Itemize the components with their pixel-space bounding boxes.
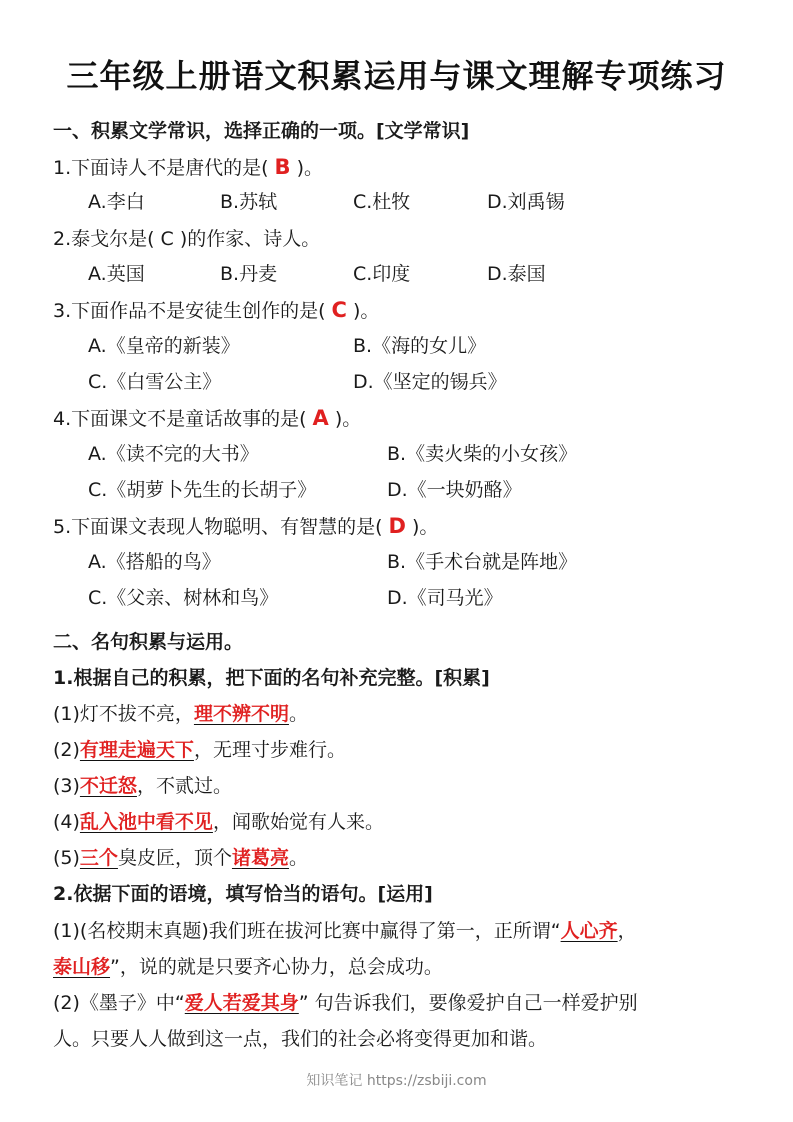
fill-item-3: (3)不迁怒，不贰过。 bbox=[53, 773, 232, 799]
fill-item-1: (1)灯不拔不亮，理不辨不明。 bbox=[53, 701, 308, 727]
question-1: 1.下面诗人不是唐代的是(B)。 bbox=[53, 154, 323, 181]
fill-item-4: (4)乱入池中看不见，闻歌始觉有人来。 bbox=[53, 809, 384, 835]
part2-heading: 2.依据下面的语境，填写恰当的语句。[运用] bbox=[53, 881, 433, 907]
part1-heading: 1.根据自己的积累，把下面的名句补充完整。[积累] bbox=[53, 665, 490, 691]
fill-answer: 乱入池中看不见 bbox=[80, 811, 213, 833]
context-item-1-line1: (1)(名校期末真题)我们班在拔河比赛中赢得了第一，正所谓“人心齐， bbox=[53, 918, 637, 944]
item-number: (2) bbox=[53, 739, 80, 761]
item-text: ”，说的就是只要齐心协力，总会成功。 bbox=[110, 956, 443, 978]
option-a: A.《读不完的大书》 bbox=[88, 441, 259, 467]
option-d: D.《一块奶酪》 bbox=[387, 477, 522, 503]
fill-answer: 爱人若爱其身 bbox=[185, 992, 299, 1014]
question-5: 5.下面课文表现人物聪明、有智慧的是(D)。 bbox=[53, 513, 438, 540]
question-text: 4.下面课文不是童话故事的是( bbox=[53, 408, 307, 430]
question-4: 4.下面课文不是童话故事的是(A)。 bbox=[53, 405, 361, 432]
question-suffix: )。 bbox=[412, 516, 438, 538]
question-suffix: )。 bbox=[353, 300, 379, 322]
option-a: A.英国 bbox=[88, 261, 145, 287]
page-title: 三年级上册语文积累运用与课文理解专项练习 bbox=[0, 55, 793, 97]
question-suffix: )。 bbox=[297, 157, 323, 179]
answer: D bbox=[383, 514, 412, 538]
item-text: ” 句告诉我们，要像爱护自己一样爱护别 bbox=[299, 992, 638, 1014]
context-item-2-line2: 人。只要人人做到这一点，我们的社会必将变得更加和谐。 bbox=[53, 1026, 547, 1052]
question-text: 1.下面诗人不是唐代的是( bbox=[53, 157, 269, 179]
item-text: 。 bbox=[289, 703, 308, 725]
option-a: A.李白 bbox=[88, 189, 145, 215]
question-text: 3.下面作品不是安徒生创作的是( bbox=[53, 300, 326, 322]
context-item-2-line1: (2)《墨子》中“爱人若爱其身” 句告诉我们，要像爱护自己一样爱护别 bbox=[53, 990, 638, 1016]
question-suffix: )的作家、诗人。 bbox=[180, 228, 320, 250]
item-text: 臭皮匠，顶个 bbox=[118, 847, 232, 869]
option-d: D.《司马光》 bbox=[387, 585, 503, 611]
fill-item-5: (5)三个臭皮匠，顶个诸葛亮。 bbox=[53, 845, 308, 871]
item-text: ，不贰过。 bbox=[137, 775, 232, 797]
question-2: 2.泰戈尔是(C)的作家、诗人。 bbox=[53, 226, 320, 252]
item-text: 。 bbox=[289, 847, 308, 869]
fill-answer: 理不辨不明 bbox=[194, 703, 289, 725]
question-text: 5.下面课文表现人物聪明、有智慧的是( bbox=[53, 516, 383, 538]
question-suffix: )。 bbox=[335, 408, 361, 430]
item-number: (4) bbox=[53, 811, 80, 833]
fill-answer: 不迁怒 bbox=[80, 775, 137, 797]
question-3: 3.下面作品不是安徒生创作的是(C)。 bbox=[53, 297, 379, 324]
option-a: A.《皇帝的新装》 bbox=[88, 333, 240, 359]
item-number: (5) bbox=[53, 847, 80, 869]
option-b: B.《卖火柴的小女孩》 bbox=[387, 441, 577, 467]
item-number: (3) bbox=[53, 775, 80, 797]
footer-watermark: 知识笔记 https://zsbiji.com bbox=[0, 1070, 793, 1090]
answer: B bbox=[269, 155, 297, 179]
fill-answer: 有理走遍天下 bbox=[80, 739, 194, 761]
item-number: (1) bbox=[53, 703, 80, 725]
option-c: C.杜牧 bbox=[353, 189, 410, 215]
fill-answer: 泰山移 bbox=[53, 956, 110, 978]
item-text: ，无理寸步难行。 bbox=[194, 739, 346, 761]
item-text: ， bbox=[618, 920, 637, 942]
section2-heading: 二、名句积累与运用。 bbox=[53, 629, 243, 655]
answer: C bbox=[326, 298, 353, 322]
question-text: 2.泰戈尔是( bbox=[53, 228, 155, 250]
answer: A bbox=[307, 406, 335, 430]
option-d: D.刘禹锡 bbox=[487, 189, 565, 215]
option-c: C.《胡萝卜先生的长胡子》 bbox=[88, 477, 316, 503]
option-b: B.丹麦 bbox=[220, 261, 277, 287]
fill-item-2: (2)有理走遍天下，无理寸步难行。 bbox=[53, 737, 346, 763]
item-text: ，闻歌始觉有人来。 bbox=[213, 811, 384, 833]
answer: C bbox=[155, 228, 180, 250]
section1-heading: 一、积累文学常识，选择正确的一项。[文学常识] bbox=[53, 118, 469, 144]
item-text: (2)《墨子》中“ bbox=[53, 992, 185, 1014]
option-b: B.苏轼 bbox=[220, 189, 277, 215]
item-text: (1)(名校期末真题)我们班在拔河比赛中赢得了第一，正所谓“ bbox=[53, 920, 561, 942]
option-c: C.《白雪公主》 bbox=[88, 369, 221, 395]
context-item-1-line2: 泰山移”，说的就是只要齐心协力，总会成功。 bbox=[53, 954, 443, 980]
option-b: B.《手术台就是阵地》 bbox=[387, 549, 577, 575]
fill-answer: 诸葛亮 bbox=[232, 847, 289, 869]
option-b: B.《海的女儿》 bbox=[353, 333, 486, 359]
fill-answer: 人心齐 bbox=[561, 920, 618, 942]
option-d: D.泰国 bbox=[487, 261, 546, 287]
option-a: A.《搭船的鸟》 bbox=[88, 549, 221, 575]
item-text: 灯不拔不亮， bbox=[80, 703, 194, 725]
fill-answer: 三个 bbox=[80, 847, 118, 869]
option-d: D.《坚定的锡兵》 bbox=[353, 369, 507, 395]
option-c: C.《父亲、树林和鸟》 bbox=[88, 585, 278, 611]
option-c: C.印度 bbox=[353, 261, 410, 287]
